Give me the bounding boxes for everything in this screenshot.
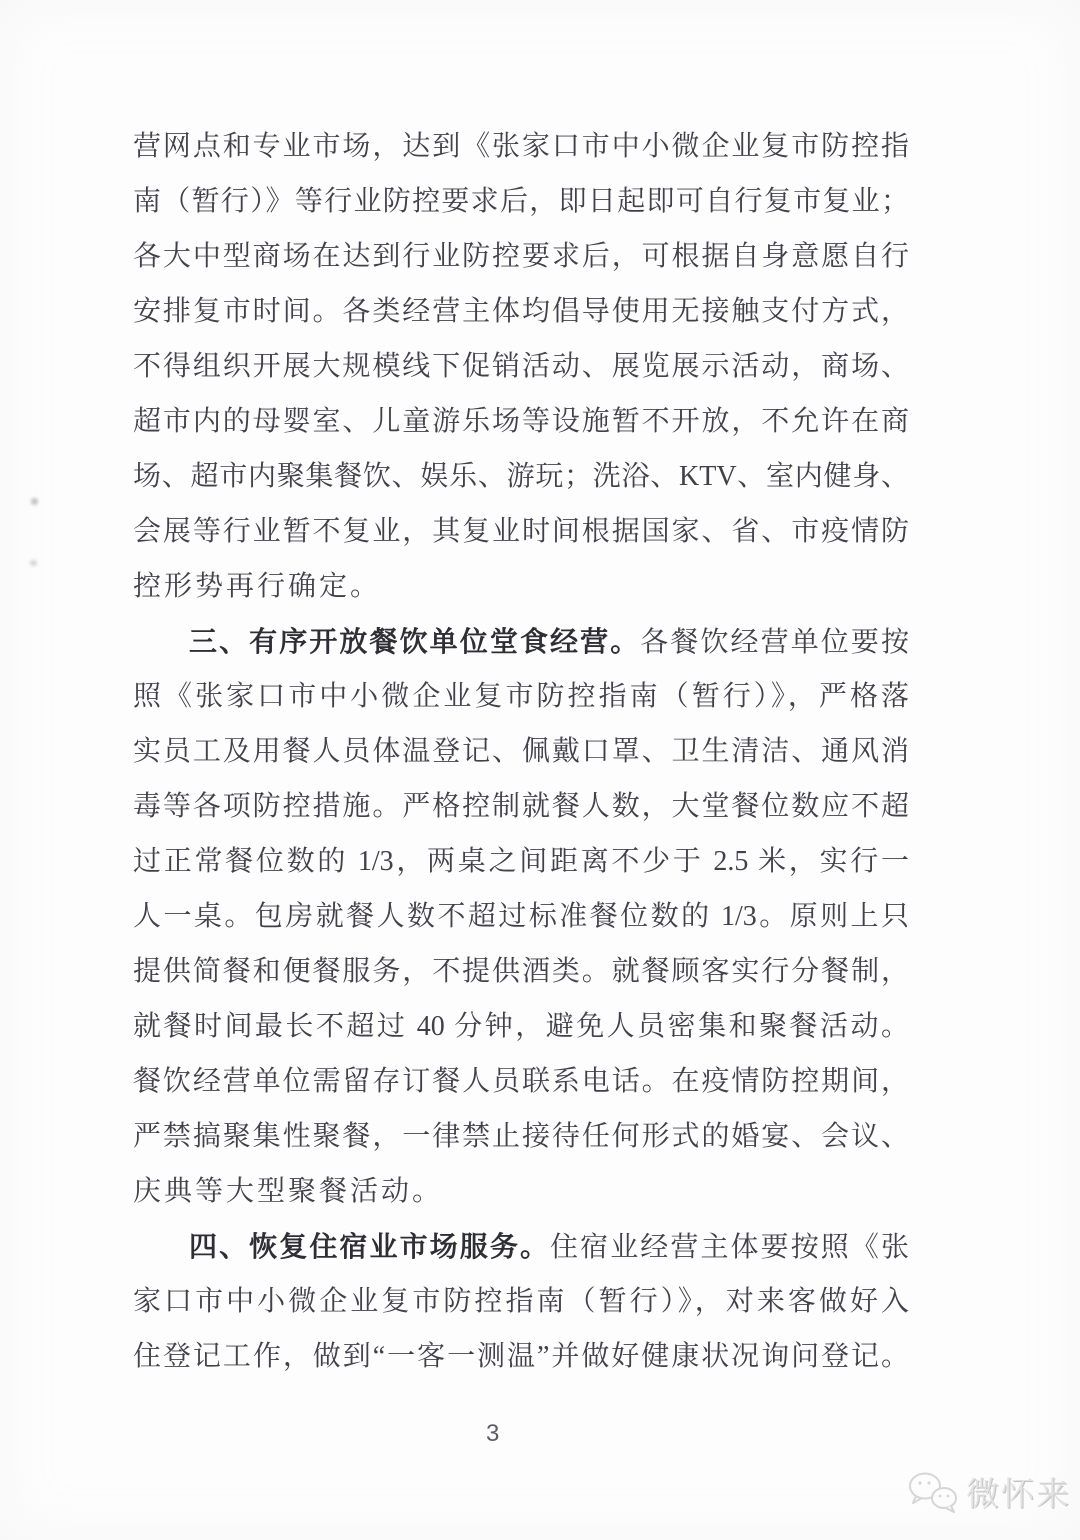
watermark: 微怀来: [908, 1468, 1071, 1515]
line-text: 安排复市时间。各类经营主体均倡导使用无接触支付方式，: [133, 296, 909, 327]
line-text: 控形势再行确定。: [133, 571, 381, 602]
scan-artifact: [31, 498, 38, 505]
line-text: 各大中型商场在达到行业防控要求后，可根据自身意愿自行: [133, 241, 909, 272]
text-line: 各大中型商场在达到行业防控要求后，可根据自身意愿自行: [133, 229, 909, 284]
text-line: 场、超市内聚集餐饮、娱乐、游玩；洗浴、KTV、室内健身、: [133, 449, 909, 504]
text-line: 控形势再行确定。: [133, 559, 909, 614]
text-line: 安排复市时间。各类经营主体均倡导使用无接触支付方式，: [133, 284, 909, 339]
watermark-label: 微怀来: [966, 1468, 1071, 1515]
text-line: 提供简餐和便餐服务，不提供酒类。就餐顾客实行分餐制，: [133, 944, 909, 999]
text-line: 家口市中小微企业复市防控指南（暂行）》，对来客做好入: [133, 1274, 909, 1329]
line-text: 不得组织开展大规模线下促销活动、展览展示活动，商场、: [133, 351, 909, 382]
text-line: 会展等行业暂不复业，其复业时间根据国家、省、市疫情防: [133, 504, 909, 559]
text-line: 三、有序开放餐饮单位堂食经营。各餐饮经营单位要按: [133, 614, 909, 669]
text-line: 就餐时间最长不超过 40 分钟，避免人员密集和聚餐活动。: [133, 999, 909, 1054]
text-line: 南（暂行）》等行业防控要求后，即日起即可自行复市复业；: [133, 174, 909, 229]
line-text: 家口市中小微企业复市防控指南（暂行）》，对来客做好入: [133, 1286, 909, 1317]
text-line: 餐饮经营单位需留存订餐人员联系电话。在疫情防控期间，: [133, 1054, 909, 1109]
text-line: 四、恢复住宿业市场服务。住宿业经营主体要按照《张: [133, 1219, 909, 1274]
line-text: 人一桌。包房就餐人数不超过标准餐位数的 1/3。原则上只: [133, 901, 909, 932]
line-text: 南（暂行）》等行业防控要求后，即日起即可自行复市复业；: [133, 186, 909, 217]
line-text: 庆典等大型聚餐活动。: [133, 1176, 443, 1207]
line-text: 超市内的母婴室、儿童游乐场等设施暂不开放，不允许在商: [133, 406, 909, 437]
text-line: 庆典等大型聚餐活动。: [133, 1164, 909, 1219]
line-text: 会展等行业暂不复业，其复业时间根据国家、省、市疫情防: [133, 516, 909, 547]
line-text: 住登记工作，做到“一客一测温”并做好健康状况询问登记。: [133, 1341, 909, 1372]
line-text: 毒等各项防控措施。严格控制就餐人数，大堂餐位数应不超: [133, 791, 909, 822]
line-text: 严禁搞聚集性聚餐，一律禁止接待任何形式的婚宴、会议、: [133, 1121, 909, 1152]
scan-artifact: [30, 560, 37, 566]
text-line: 营网点和专业市场，达到《张家口市中小微企业复市防控指: [133, 119, 909, 174]
line-text: 住宿业经营主体要按照《张: [550, 1232, 909, 1263]
text-line: 不得组织开展大规模线下促销活动、展览展示活动，商场、: [133, 339, 909, 394]
line-text: 场、超市内聚集餐饮、娱乐、游玩；洗浴、KTV、室内健身、: [133, 461, 909, 492]
document-body: 营网点和专业市场，达到《张家口市中小微企业复市防控指 南（暂行）》等行业防控要求…: [133, 119, 909, 1384]
document-page: 营网点和专业市场，达到《张家口市中小微企业复市防控指 南（暂行）》等行业防控要求…: [0, 0, 1080, 1540]
line-text: 营网点和专业市场，达到《张家口市中小微企业复市防控指: [133, 131, 909, 162]
text-line: 照《张家口市中小微企业复市防控指南（暂行）》，严格落: [133, 669, 909, 724]
page-number: 3: [486, 1420, 499, 1448]
line-text: 实员工及用餐人员体温登记、佩戴口罩、卫生清洁、通风消: [133, 736, 909, 767]
text-line: 毒等各项防控措施。严格控制就餐人数，大堂餐位数应不超: [133, 779, 909, 834]
line-text: 餐饮经营单位需留存订餐人员联系电话。在疫情防控期间，: [133, 1066, 909, 1097]
line-text: 提供简餐和便餐服务，不提供酒类。就餐顾客实行分餐制，: [133, 956, 909, 987]
line-text: 就餐时间最长不超过 40 分钟，避免人员密集和聚餐活动。: [133, 1011, 909, 1042]
wechat-logo-icon: [908, 1471, 960, 1513]
line-text: 过正常餐位数的 1/3，两桌之间距离不少于 2.5 米，实行一: [133, 846, 909, 877]
line-text: 照《张家口市中小微企业复市防控指南（暂行）》，严格落: [133, 681, 909, 712]
text-line: 住登记工作，做到“一客一测温”并做好健康状况询问登记。: [133, 1329, 909, 1384]
text-line: 过正常餐位数的 1/3，两桌之间距离不少于 2.5 米，实行一: [133, 834, 909, 889]
section-heading: 四、恢复住宿业市场服务。: [189, 1231, 550, 1262]
line-text: 各餐饮经营单位要按: [640, 627, 909, 658]
section-heading: 三、有序开放餐饮单位堂食经营。: [189, 626, 640, 657]
text-line: 人一桌。包房就餐人数不超过标准餐位数的 1/3。原则上只: [133, 889, 909, 944]
text-line: 严禁搞聚集性聚餐，一律禁止接待任何形式的婚宴、会议、: [133, 1109, 909, 1164]
text-line: 实员工及用餐人员体温登记、佩戴口罩、卫生清洁、通风消: [133, 724, 909, 779]
text-line: 超市内的母婴室、儿童游乐场等设施暂不开放，不允许在商: [133, 394, 909, 449]
